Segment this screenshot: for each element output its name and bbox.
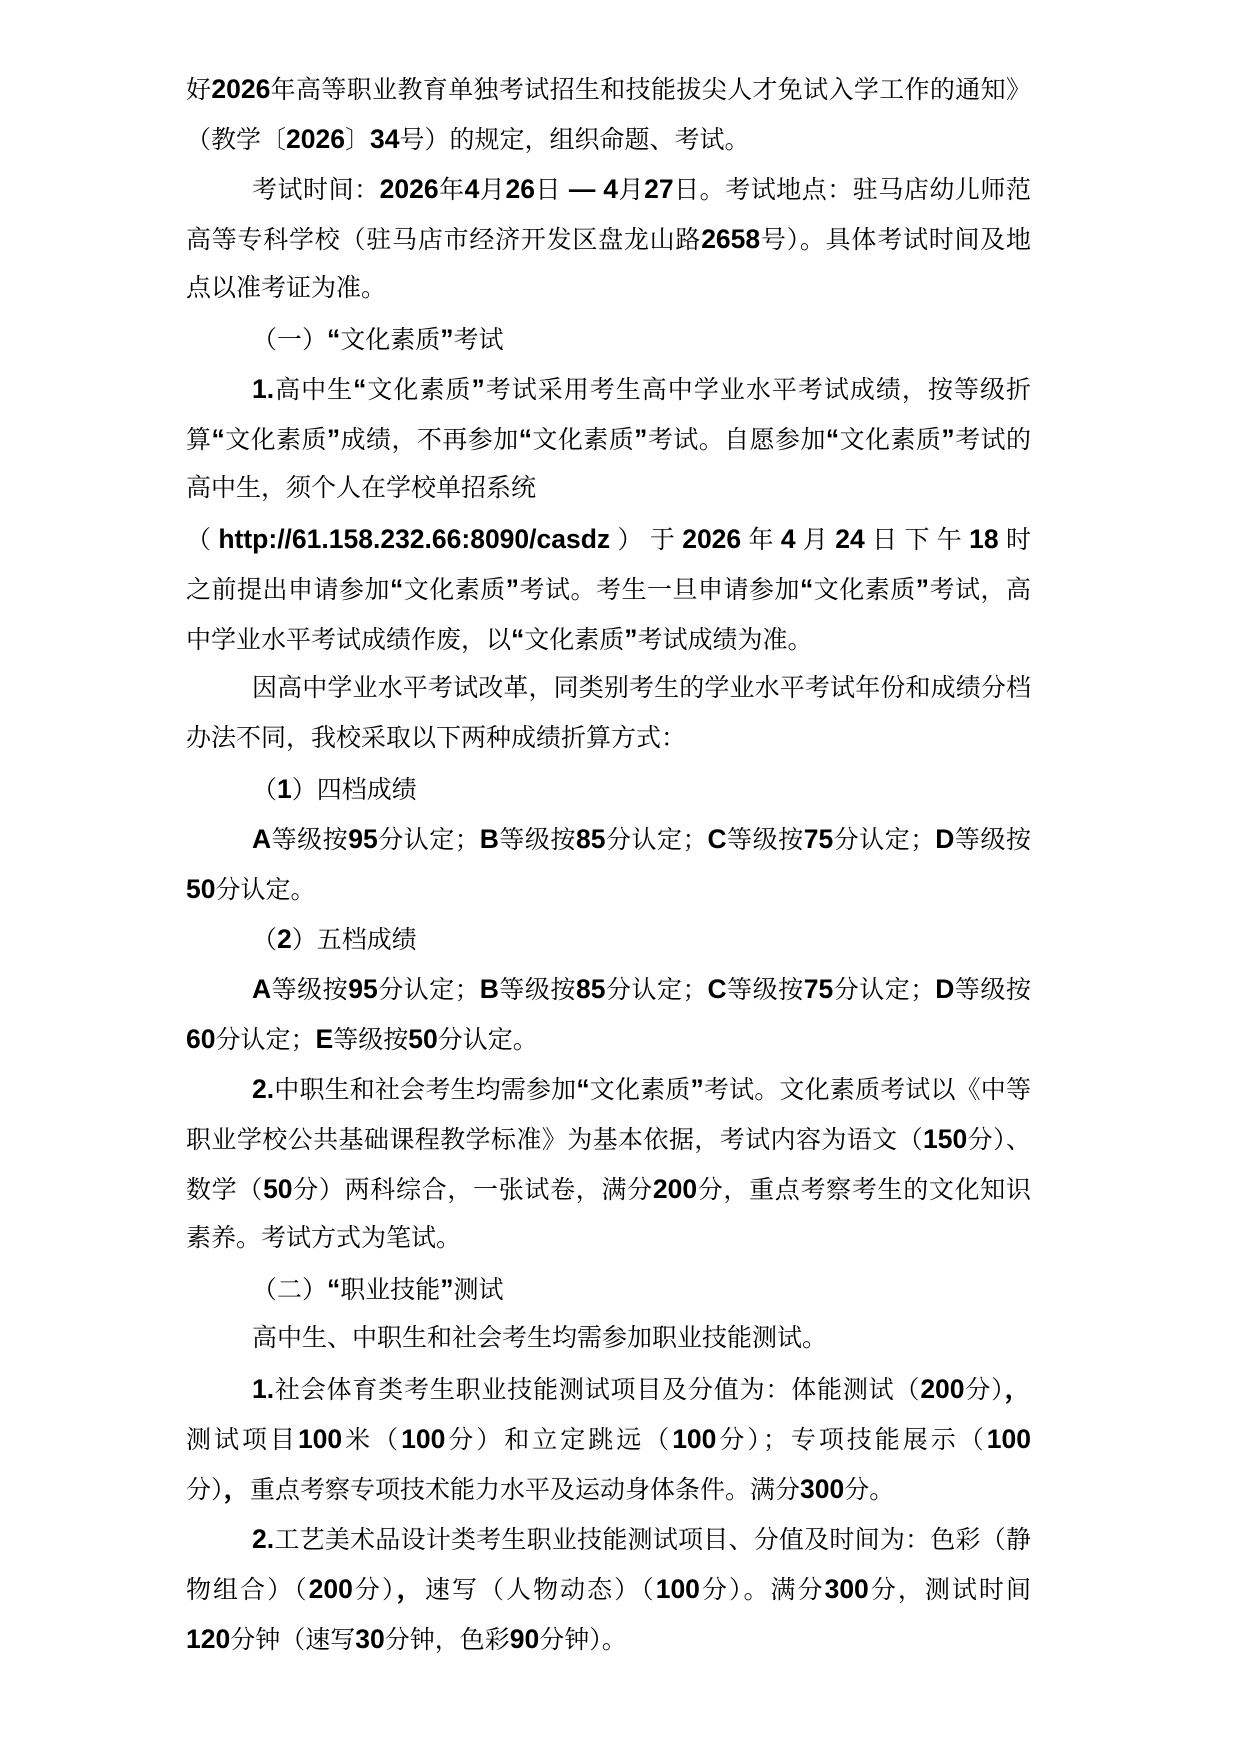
document-page: 好2026年高等职业教育单独考试招生和技能拔尖人才免试入学工作的通知》（教学〔2… [0, 0, 1239, 1754]
document-body: 好2026年高等职业教育单独考试招生和技能拔尖人才免试入学工作的通知》（教学〔2… [186, 64, 1031, 1664]
text-line: 1.社会体育类考生职业技能测试项目及分值为：体能测试（200分）， [186, 1364, 1031, 1414]
text-line: 素养。考试方式为笔试。 [186, 1214, 1031, 1264]
bold-western-text: — [561, 174, 603, 204]
text-line: 2.工艺美术品设计类考生职业技能测试项目、分值及时间为：色彩（静 [186, 1514, 1031, 1564]
bold-western-text: D [935, 824, 954, 854]
text-line: 因高中学业水平考试改革，同类别考生的学业水平考试年份和成绩分档 [186, 664, 1031, 714]
text-line: 考试时间：2026年4月26日 — 4月27日。考试地点：驻马店幼儿师范 [186, 164, 1031, 214]
bold-western-text: 85 [576, 974, 605, 1004]
body-text: 分）；专项技能展示（ [716, 1427, 986, 1454]
text-line: 50分认定。 [186, 864, 1031, 914]
bold-western-text: 200 [653, 1174, 697, 1204]
body-text: 分） [965, 1377, 1005, 1404]
body-text: 工艺美术品设计类考生职业技能测试项目、分值及时间为：色彩（静 [274, 1527, 1031, 1554]
body-text: （ [252, 777, 277, 804]
body-text: 等级按 [727, 827, 804, 854]
body-text: 分）和立定跳远（ [445, 1427, 672, 1454]
body-text: （一） [252, 327, 327, 354]
bold-western-text: 2. [252, 1074, 274, 1104]
bold-western-text: B [480, 824, 499, 854]
body-text: （二） [252, 1277, 327, 1304]
bold-western-text: 2026 [211, 74, 270, 104]
bold-western-text: 300 [825, 1574, 869, 1604]
body-text: 因高中学业水平考试改革，同类别考生的学业水平考试年份和成绩分档 [252, 675, 1031, 702]
body-text: 数学（ [186, 1177, 263, 1204]
body-text: 算 [186, 427, 211, 454]
bold-western-text: 4 [465, 174, 480, 204]
bold-western-text: 2 [277, 924, 292, 954]
bold-western-text: 2658 [701, 224, 760, 254]
text-line: A等级按95分认定；B等级按85分认定；C等级按75分认定；D等级按 [186, 964, 1031, 1014]
bold-western-text: 90 [510, 1624, 539, 1654]
bold-western-text: “ [576, 1074, 589, 1104]
text-line: （http://61.158.232.66:8090/casdz）于2026年4… [186, 514, 1031, 564]
bold-western-text: 75 [804, 974, 833, 1004]
bold-western-text: 120 [186, 1624, 230, 1654]
bold-western-text: “ [800, 574, 813, 604]
body-text: （教学〔 [186, 127, 286, 154]
bold-western-text: 100 [298, 1424, 342, 1454]
bold-western-text: 95 [348, 974, 377, 1004]
bold-western-text: ” [440, 324, 453, 354]
body-text: ）四档成绩 [292, 777, 417, 804]
body-text: 测试 [454, 1277, 504, 1304]
bold-western-text: ” [624, 624, 637, 654]
bold-western-text: ” [506, 574, 519, 604]
bold-western-text: http://61.158.232.66:8090/casdz [218, 524, 610, 554]
bold-western-text: 100 [401, 1424, 445, 1454]
body-text: 等级按 [271, 827, 348, 854]
bold-western-text: “ [353, 374, 366, 404]
text-line: 1.高中生“文化素质”考试采用考生高中学业水平考试成绩，按等级折 [186, 364, 1031, 414]
body-text: 等级按 [333, 1027, 408, 1054]
bold-western-text: C [708, 974, 727, 1004]
bold-western-text: 34 [370, 124, 399, 154]
text-line: 高等专科学校（驻马店市经济开发区盘龙山路2658号）。具体考试时间及地 [186, 214, 1031, 264]
body-text: 素养。考试方式为笔试。 [186, 1225, 461, 1252]
bold-western-text: ” [440, 1274, 453, 1304]
bold-western-text: 2026 [682, 524, 741, 554]
bold-western-text: 100 [987, 1424, 1031, 1454]
text-line: 物组合）（200分），速写（人物动态）（100分）。满分300分，测试时间 [186, 1564, 1031, 1614]
body-text: 考试。考生一旦申请参加 [519, 577, 800, 604]
body-text: 成绩，不再参加 [340, 427, 519, 454]
bold-western-text: 200 [309, 1574, 353, 1604]
body-text: 办法不同，我校采取以下两种成绩折算方式： [186, 725, 686, 752]
text-line: （二）“职业技能”测试 [186, 1264, 1031, 1314]
bold-western-text: 75 [804, 824, 833, 854]
body-text: 速写（人物动态）（ [425, 1577, 656, 1604]
bold-western-text: 95 [348, 824, 377, 854]
body-text: 等级按 [499, 827, 576, 854]
bold-western-text: 100 [672, 1424, 716, 1454]
body-text: 号）。具体考试时间及地 [760, 227, 1031, 254]
body-text: 月 [796, 527, 836, 554]
bold-western-text: ” [941, 424, 954, 454]
bold-western-text: C [708, 824, 727, 854]
bold-western-text: B [480, 974, 499, 1004]
body-text: 职业技能 [340, 1277, 440, 1304]
body-text: 分） [353, 1577, 397, 1604]
body-text: 高中生，须个人在学校单招系统 [186, 475, 536, 502]
body-text: 等级按 [954, 827, 1031, 854]
body-text: 日 [535, 177, 561, 204]
bold-western-text: ” [471, 374, 484, 404]
body-text: 考试，高 [929, 577, 1031, 604]
body-text: 物组合）（ [186, 1577, 309, 1604]
body-text: 文化素质 [340, 327, 440, 354]
text-line: 高中生、中职生和社会考生均需参加职业技能测试。 [186, 1314, 1031, 1364]
body-text: 分钟）。 [539, 1627, 627, 1654]
bold-western-text: 18 [969, 524, 998, 554]
body-text: 考试。自愿参加 [647, 427, 826, 454]
text-line: 算“文化素质”成绩，不再参加“文化素质”考试。自愿参加“文化素质”考试的 [186, 414, 1031, 464]
body-text: ）五档成绩 [292, 927, 417, 954]
body-text: 等级按 [727, 977, 804, 1004]
body-text: 分） [186, 1477, 224, 1504]
bold-western-text: 1 [277, 774, 292, 804]
bold-western-text: 27 [644, 174, 673, 204]
body-text: 高中生 [274, 377, 353, 404]
bold-western-text: “ [390, 574, 403, 604]
text-line: （2）五档成绩 [186, 914, 1031, 964]
body-text: 分，重点考察考生的文化知识 [697, 1177, 1031, 1204]
bold-western-text: 4 [781, 524, 796, 554]
body-text: （ [252, 927, 277, 954]
text-line: 之前提出申请参加“文化素质”考试。考生一旦申请参加“文化素质”考试，高 [186, 564, 1031, 614]
body-text: 社会体育类考生职业技能测试项目及分值为：体能测试（ [274, 1377, 920, 1404]
body-text: 重点考察专项技术能力水平及运动身体条件。满分 [250, 1477, 800, 1504]
bold-western-text: E [316, 1024, 334, 1054]
text-line: 60分认定；E等级按50分认定。 [186, 1014, 1031, 1064]
text-line: （1）四档成绩 [186, 764, 1031, 814]
bold-western-text: 200 [920, 1374, 964, 1404]
bold-western-text: “ [327, 324, 340, 354]
body-text: 分。 [844, 1477, 894, 1504]
bold-western-text: 50 [186, 874, 215, 904]
bold-western-text: 26 [505, 174, 534, 204]
bold-western-text: 24 [835, 524, 864, 554]
body-text: 中学业水平考试成绩作废，以 [186, 627, 511, 654]
bold-western-text: 60 [186, 1024, 215, 1054]
bold-western-text: ” [916, 574, 929, 604]
text-line: 分），重点考察专项技术能力水平及运动身体条件。满分300分。 [186, 1464, 1031, 1514]
text-line: 中学业水平考试成绩作废，以“文化素质”考试成绩为准。 [186, 614, 1031, 664]
body-text: 时 [999, 527, 1031, 554]
body-text: 分）。满分 [700, 1577, 825, 1604]
text-line: 120分钟（速写30分钟，色彩90分钟）。 [186, 1614, 1031, 1664]
body-text: 文化素质 [524, 627, 624, 654]
body-text: 分认定； [215, 1027, 315, 1054]
body-text: 分认定。 [215, 877, 315, 904]
body-text: 分认定； [833, 977, 935, 1004]
body-text: 分认定； [833, 827, 935, 854]
bold-western-text: 150 [923, 1124, 967, 1154]
body-text: 高等专科学校（驻马店市经济开发区盘龙山路 [186, 227, 701, 254]
text-line: 职业学校公共基础课程教学标准》为基本依据，考试内容为语文（150分）、 [186, 1114, 1031, 1164]
bold-western-text: 30 [355, 1624, 384, 1654]
body-text: 〕 [345, 127, 370, 154]
body-text: 点以准考证为准。 [186, 275, 386, 302]
text-line: （一）“文化素质”考试 [186, 314, 1031, 364]
bold-western-text: “ [211, 424, 224, 454]
body-text: 年 [439, 177, 465, 204]
body-text: 等级按 [499, 977, 576, 1004]
body-text: 分认定； [605, 827, 707, 854]
body-text: 分认定； [378, 977, 480, 1004]
body-text: 文化素质 [532, 427, 634, 454]
text-line: 数学（50分）两科综合，一张试卷，满分200分，重点考察考生的文化知识 [186, 1164, 1031, 1214]
body-text: 考试 [454, 327, 504, 354]
bold-western-text: 50 [408, 1024, 437, 1054]
bold-western-text: ” [327, 424, 340, 454]
body-text: 考试的 [955, 427, 1031, 454]
bold-western-text: 2. [252, 1524, 274, 1554]
bold-western-text: D [935, 974, 954, 1004]
text-line: （教学〔2026〕34号）的规定，组织命题、考试。 [186, 114, 1031, 164]
body-text: 文化素质 [813, 577, 916, 604]
body-text: 分）、 [967, 1127, 1031, 1154]
bold-western-text: 4 [603, 174, 618, 204]
body-text: 文化素质 [590, 1077, 691, 1104]
bold-western-text: “ [519, 424, 532, 454]
bold-western-text: 2026 [286, 124, 345, 154]
text-line: 测试项目100米（100分）和立定跳远（100分）；专项技能展示（100 [186, 1414, 1031, 1464]
body-text: 测试项目 [186, 1427, 298, 1454]
body-text: 好 [186, 77, 211, 104]
text-line: 点以准考证为准。 [186, 264, 1031, 314]
body-text: 年高等职业教育单独考试招生和技能拔尖人才免试入学工作的通知》 [270, 77, 1031, 104]
text-line: A等级按95分认定；B等级按85分认定；C等级按75分认定；D等级按 [186, 814, 1031, 864]
body-text: 分认定； [378, 827, 480, 854]
body-text: 年 [741, 527, 781, 554]
body-text: 分）两科综合，一张试卷，满分 [293, 1177, 653, 1204]
body-text: 分，测试时间 [869, 1577, 1031, 1604]
body-text: 等级按 [271, 977, 348, 1004]
bold-western-text: A [252, 974, 271, 1004]
bold-western-text: “ [826, 424, 839, 454]
text-line: 高中生，须个人在学校单招系统 [186, 464, 1031, 514]
body-text: 日下午 [865, 527, 969, 554]
body-text: 中职生和社会考生均需参加 [274, 1077, 576, 1104]
bold-western-text: 300 [800, 1474, 844, 1504]
body-text: 文化素质 [366, 377, 471, 404]
bold-western-text: 1. [252, 1374, 274, 1404]
body-text: 之前提出申请参加 [186, 577, 390, 604]
body-text: 号）的规定，组织命题、考试。 [399, 127, 749, 154]
bold-western-text: “ [511, 624, 524, 654]
body-text: 考试采用考生高中学业水平考试成绩，按等级折 [485, 377, 1031, 404]
body-text: 分钟（速写 [230, 1627, 355, 1654]
body-text: 职业学校公共基础课程教学标准》为基本依据，考试内容为语文（ [186, 1127, 923, 1154]
body-text: 文化素质 [403, 577, 506, 604]
bold-western-text: 50 [263, 1174, 292, 1204]
bold-western-text: ， [1004, 1374, 1031, 1404]
body-text: 文化素质 [839, 427, 941, 454]
body-text: 等级按 [954, 977, 1031, 1004]
body-text: （ [186, 527, 218, 554]
text-line: 2.中职生和社会考生均需参加“文化素质”考试。文化素质考试以《中等 [186, 1064, 1031, 1114]
body-text: 日。考试地点：驻马店幼儿师范 [674, 177, 1031, 204]
bold-western-text: 2026 [380, 174, 439, 204]
body-text: 考试。文化素质考试以《中等 [704, 1077, 1031, 1104]
body-text: 分认定； [605, 977, 707, 1004]
bold-western-text: 100 [656, 1574, 700, 1604]
body-text: 考试成绩为准。 [638, 627, 813, 654]
text-line: 好2026年高等职业教育单独考试招生和技能拔尖人才免试入学工作的通知》 [186, 64, 1031, 114]
bold-western-text: “ [327, 1274, 340, 1304]
body-text: 月 [479, 177, 505, 204]
body-text: 分钟，色彩 [385, 1627, 510, 1654]
bold-western-text: ” [690, 1074, 703, 1104]
body-text: 月 [618, 177, 644, 204]
bold-western-text: 85 [576, 824, 605, 854]
body-text: ）于 [610, 527, 682, 554]
body-text: 高中生、中职生和社会考生均需参加职业技能测试。 [252, 1325, 827, 1352]
body-text: 分认定。 [438, 1027, 538, 1054]
bold-western-text: ， [224, 1474, 251, 1504]
body-text: 米（ [342, 1427, 401, 1454]
bold-western-text: ， [396, 1574, 425, 1604]
bold-western-text: 1. [252, 374, 274, 404]
body-text: 文化素质 [225, 427, 327, 454]
bold-western-text: A [252, 824, 271, 854]
text-line: 办法不同，我校采取以下两种成绩折算方式： [186, 714, 1031, 764]
body-text: 考试时间： [252, 177, 380, 204]
bold-western-text: ” [634, 424, 647, 454]
